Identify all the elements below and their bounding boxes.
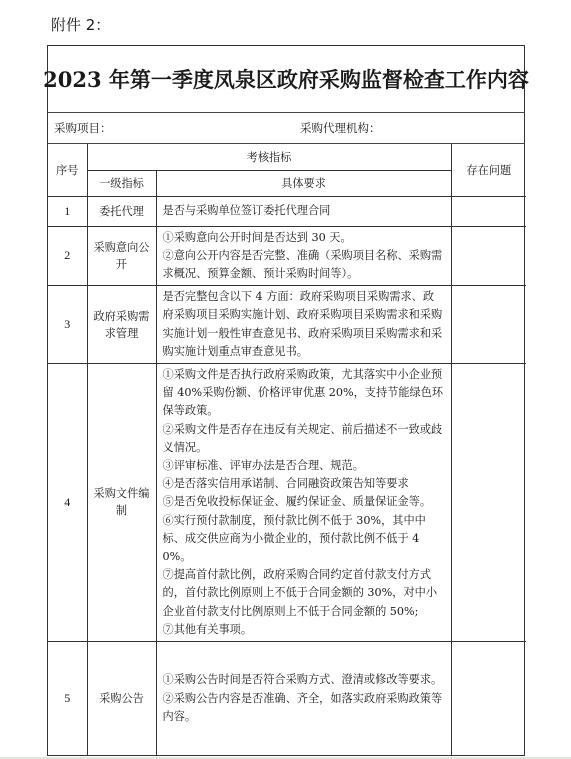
header-requirement: 具体要求 — [156, 170, 451, 196]
requirement-line: ①采购文件是否执行政府采购政策，尤其落实中小企业预留 40%采购份额、价格评审优… — [163, 366, 445, 421]
requirement-line: ②采购文件是否存在违反有关规定、前后描述不一致或歧义情况。 — [163, 421, 445, 457]
row-level1: 采购意向公开 — [87, 226, 156, 286]
row-level1: 委托代理 — [87, 196, 156, 226]
attachment-label: 附件 2： — [51, 14, 110, 35]
requirement-line: ⑦其他有关事项。 — [163, 621, 445, 639]
requirement-line: 是否完整包含以下 4 方面：政府采购项目采购需求、政府采购项目采购实施计划、政府… — [163, 288, 445, 361]
table-row: 1 委托代理 是否与采购单位签订委托代理合同 — [48, 196, 526, 226]
agency-label: 采购代理机构： — [300, 120, 381, 136]
header-issues: 存在问题 — [451, 144, 526, 196]
document-title: 2023 年第一季度凤泉区政府采购监督检查工作内容 — [48, 46, 524, 113]
row-requirement: ①采购文件是否执行政府采购政策，尤其落实中小企业预留 40%采购份额、价格评审优… — [156, 363, 451, 641]
requirement-line: ⑥实行预付款制度，预付款比例不低于 30%，其中中标、成交供应商为小微企业的，预… — [163, 512, 445, 567]
requirement-line: ⑤是否免收投标保证金、履约保证金、质量保证金等。 — [163, 493, 445, 511]
project-label: 采购项目： — [54, 120, 112, 136]
table-row: 2 采购意向公开 ①采购意向公开时间是否达到 30 天。 ②意向公开内容是否完整… — [48, 226, 526, 286]
row-seq: 1 — [48, 196, 87, 226]
requirement-line: ④是否落实信用承诺制、合同融资政策告知等要求 — [163, 475, 445, 493]
row-issues-cell[interactable] — [451, 286, 526, 364]
table-row: 5 采购公告 ①采购公告时间是否符合采购方式、澄清或修改等要求。 ②采购公告内容… — [48, 641, 526, 755]
row-issues-cell[interactable] — [451, 363, 526, 641]
row-seq: 5 — [48, 641, 87, 755]
row-requirement: 是否与采购单位签订委托代理合同 — [156, 196, 451, 226]
row-seq: 4 — [48, 363, 87, 641]
row-issues-cell[interactable] — [451, 641, 526, 755]
requirement-line: ③评审标准、评审办法是否合理、规范。 — [163, 457, 445, 475]
table-row: 3 政府采购需求管理 是否完整包含以下 4 方面：政府采购项目采购需求、政府采购… — [48, 286, 526, 364]
requirement-line: ①采购意向公开时间是否达到 30 天。 — [163, 229, 445, 247]
header-level1: 一级指标 — [87, 170, 156, 196]
header-indicator-group: 考核指标 — [87, 144, 451, 170]
row-requirement: 是否完整包含以下 4 方面：政府采购项目采购需求、政府采购项目采购实施计划、政府… — [156, 286, 451, 364]
row-issues-cell[interactable] — [451, 196, 526, 226]
header-seq: 序号 — [48, 144, 87, 196]
row-level1: 采购文件编制 — [87, 363, 156, 641]
row-level1: 政府采购需求管理 — [87, 286, 156, 364]
row-requirement: ①采购公告时间是否符合采购方式、澄清或修改等要求。 ②采购公告内容是否准确、齐全… — [156, 641, 451, 755]
requirement-line: 是否与采购单位签订委托代理合同 — [163, 202, 445, 220]
inspection-form: 2023 年第一季度凤泉区政府采购监督检查工作内容 采购项目： 采购代理机构： … — [47, 45, 525, 756]
row-issues-cell[interactable] — [451, 226, 526, 286]
row-level1: 采购公告 — [87, 641, 156, 755]
requirement-line: ①采购公告时间是否符合采购方式、澄清或修改等要求。 — [163, 671, 445, 689]
row-requirement: ①采购意向公开时间是否达到 30 天。 ②意向公开内容是否完整、准确（采购项目名… — [156, 226, 451, 286]
row-seq: 3 — [48, 286, 87, 364]
row-seq: 2 — [48, 226, 87, 286]
requirement-line: ②采购公告内容是否准确、齐全，如落实政府采购政策等内容。 — [163, 690, 445, 726]
table-row: 4 采购文件编制 ①采购文件是否执行政府采购政策，尤其落实中小企业预留 40%采… — [48, 363, 526, 641]
inspection-table: 序号 考核指标 存在问题 一级指标 具体要求 1 委托代理 是否与采购单位签订委… — [48, 144, 526, 755]
project-info-row: 采购项目： 采购代理机构： — [48, 113, 524, 144]
requirement-line: ②意向公开内容是否完整、准确（采购项目名称、采购需求概况、预算金额、预计采购时间… — [163, 247, 445, 283]
requirement-line: ⑦提高首付款比例，政府采购合同约定首付款支付方式的，首付款比例原则上不低于合同金… — [163, 566, 445, 621]
